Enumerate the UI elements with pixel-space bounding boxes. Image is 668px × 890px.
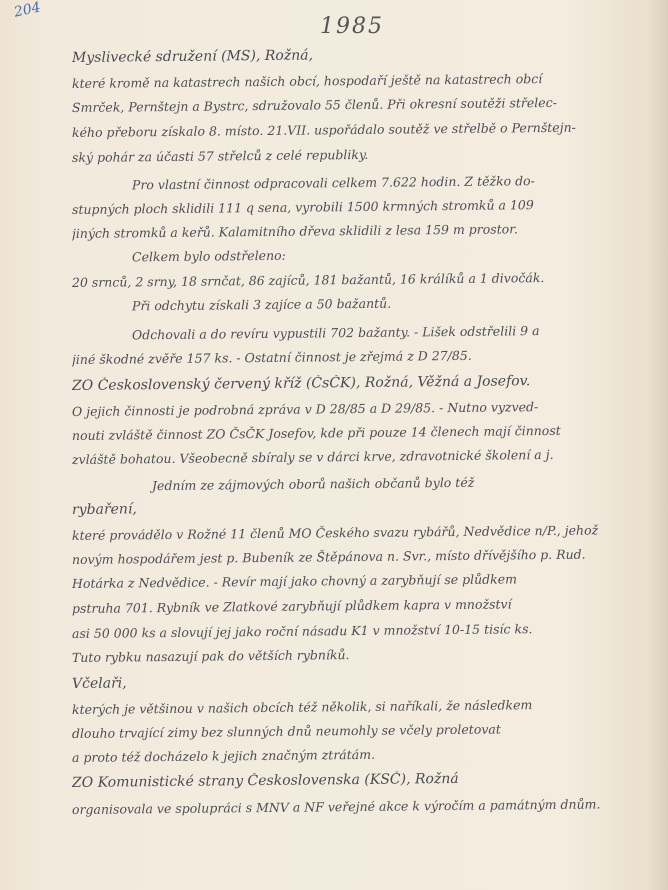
text-line: kého přeboru získalo 8. místo. 21.VII. u… [72, 119, 648, 141]
text-line: Tuto rybku nasazují pak do větších rybní… [72, 644, 648, 666]
text-line: organisovala ve spolupráci s MNV a NF ve… [72, 796, 648, 818]
chronicle-page: 204 1985 Myslivecké sdružení (MS), Rožná… [0, 0, 668, 890]
text-line: O jejich činnosti je podrobná zpráva v D… [72, 398, 648, 420]
page-number: 204 [13, 0, 42, 21]
text-line: 20 srnců, 2 srny, 18 srnčat, 86 zajíců, … [72, 269, 648, 291]
text-line: stupných ploch sklidili 111 q sena, vyro… [72, 196, 648, 218]
section-heading-beekeepers: Včelaři, [72, 670, 648, 692]
text-line: Jedním ze zájmových oborů našich občanů … [72, 473, 648, 495]
text-line: kterých je většinou v našich obcích též … [72, 696, 648, 718]
text-line: novým hospodářem jest p. Bubeník ze Štěp… [72, 546, 648, 568]
text-line: dlouho trvající zimy bez slunných dnů ne… [72, 720, 648, 742]
text-line: nouti zvláště činnost ZO ČsČK Josefov, k… [72, 422, 648, 444]
text-line: Při odchytu získali 3 zajíce a 50 bažant… [72, 293, 648, 315]
text-line: ský pohár za účasti 57 střelců z celé re… [72, 144, 648, 166]
text-line: Smrček, Pernštejn a Bystrc, sdružovalo 5… [72, 94, 648, 116]
text-line: Celkem bylo odstřeleno: [72, 244, 648, 266]
year-heading: 1985 [320, 14, 384, 39]
text-line: Pro vlastní činnost odpracovali celkem 7… [72, 172, 648, 194]
section-heading-fishing: rybaření, [72, 496, 648, 518]
text-line: zvláště bohatou. Všeobecně sbíraly se v … [72, 446, 648, 468]
section-heading-red-cross: ZO Československý červený kříž (ČsČK), R… [72, 372, 648, 394]
text-line: Odchovali a do revíru vypustili 702 baža… [72, 322, 648, 344]
text-line: které provádělo v Rožné 11 členů MO Česk… [72, 522, 648, 544]
text-line: které kromě na katastrech našich obcí, h… [72, 70, 648, 92]
text-line: asi 50 000 ks a slovují jej jako roční n… [72, 620, 648, 642]
text-line: jiné škodné zvěře 157 ks. - Ostatní činn… [72, 346, 648, 368]
text-line: a proto též docházelo k jejich značným z… [72, 744, 648, 766]
section-heading-hunting-association: Myslivecké sdružení (MS), Rožná, [72, 44, 648, 66]
section-heading-communist-party: ZO Komunistické strany Československa (K… [72, 769, 648, 791]
text-line: pstruha 701. Rybník ve Zlatkové zarybňuj… [72, 595, 648, 617]
text-line: jiných stromků a keřů. Kalamitního dřeva… [72, 220, 648, 242]
text-line: Hotárka z Nedvědice. - Revír mají jako c… [72, 570, 648, 592]
